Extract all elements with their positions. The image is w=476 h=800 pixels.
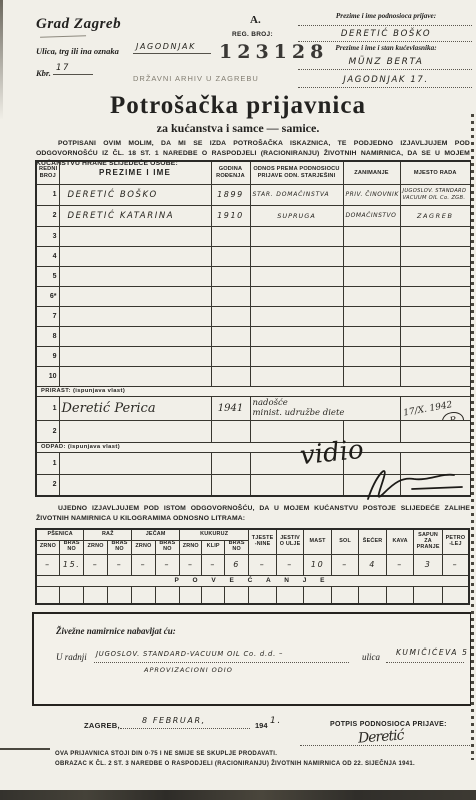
official-signature-flourish: [350, 455, 470, 505]
col-rednibroj: REDNIBROJ: [36, 161, 59, 184]
fold-mark: [0, 748, 50, 750]
landlord-address-underline: [298, 87, 472, 88]
member-row: 4: [36, 246, 471, 266]
form-title: Potrošačka prijavnica: [0, 92, 476, 120]
household-members-table: REDNIBROJ PREZIME I IME GODINAROĐENJA OD…: [35, 160, 472, 497]
supplies-values-row: – 15. – – – – – – 6 – – 10 – 4 – 3 –: [36, 554, 469, 575]
member-row: 5: [36, 266, 471, 286]
col-jestivo-ulje: JESTIVO ULJE: [276, 529, 304, 554]
landlord-underline: [298, 69, 472, 70]
supplies-declaration: UJEDNO IZJAVLJUJEM POD ISTOM ODGOVORNOŠĆ…: [36, 504, 470, 524]
group-jecam: JEČAM: [132, 529, 180, 540]
year-handwritten: 1.: [270, 716, 282, 726]
applicant-label: Prezime i ime podnosioca prijave:: [300, 12, 472, 20]
form-subtitle: za kućanstva i samce — samice.: [0, 121, 476, 136]
group-psenica: PŠENICA: [36, 529, 84, 540]
prirast-date-cell: 17/X. 1942 R: [400, 396, 471, 420]
member-row: 10: [36, 366, 471, 386]
member-row: 2 DERETIĆ KATARINA 1910 SUPRUGA DOMAĆINS…: [36, 205, 471, 226]
street-underline: [133, 53, 211, 54]
member-row: 9: [36, 346, 471, 366]
col-workplace: MJESTO RADA: [400, 161, 471, 184]
member-row: 8: [36, 326, 471, 346]
section-letter: A.: [250, 14, 261, 26]
member-row: 6*: [36, 286, 471, 306]
applicant-underline: [298, 41, 472, 42]
prirast-note: nadošćeminist. udružbe diete: [250, 396, 400, 420]
street-value-handwritten: JAGODNJAK: [136, 42, 196, 51]
col-kava: KAVA: [386, 529, 414, 554]
col-relation: ODNOS PREMA PODNOSIOCU PRIJAVE ODN. STAR…: [250, 161, 343, 184]
col-sol: SOL: [331, 529, 359, 554]
ulica-value-handwritten: KUMIČIĆEVA 5: [396, 648, 469, 657]
ulica-label: ulica: [362, 652, 380, 662]
landlord-label: Prezime i ime i stan kućevlasnika:: [300, 44, 472, 52]
archive-stamp: DRŽAVNI ARHIV U ZAGREBU: [133, 74, 259, 83]
col-tjestenine: TJESTE-NINE: [249, 529, 277, 554]
col-year: GODINAROĐENJA: [211, 161, 250, 184]
price-note: OVA PRIJAVNICA STOJI DIN 0·75 I NE SMIJE…: [55, 751, 277, 757]
scan-bottom-band: [0, 790, 476, 800]
members-header-row: REDNIBROJ PREZIME I IME GODINAROĐENJA OD…: [36, 161, 471, 184]
scan-left-edge: [0, 0, 3, 120]
city-title: Grad Zagreb: [36, 16, 121, 33]
signature-underline: [300, 745, 472, 746]
radnja-underline: [94, 662, 349, 663]
col-petrolej: PETRO-LEJ: [442, 529, 469, 554]
shop-box-title: Živežne namirnice nabavljat ću:: [56, 626, 176, 636]
increase-label-row: P O V E Ć A N J E: [36, 575, 469, 586]
street-label: Ulica, trg ili ina oznaka: [36, 46, 119, 56]
member-row: 1 DERETIĆ BOŠKO 1899 STAR. DOMAĆINSTVA P…: [36, 184, 471, 205]
year-printed: 194: [255, 721, 268, 730]
radnja-label: U radnji: [56, 652, 87, 662]
supplies-group-header-row: PŠENICA RAŽ JEČAM KUKURUZ TJESTE-NINE JE…: [36, 529, 469, 540]
kbr-value-handwritten: 17: [56, 63, 70, 73]
group-raz: RAŽ: [84, 529, 132, 540]
landlord-value-handwritten: MÜNZ BERTA: [300, 57, 472, 67]
perforation-edge: [471, 110, 474, 760]
date-underline: [120, 728, 250, 729]
applicant-signature: Deretić: [357, 727, 403, 746]
col-mast: MAST: [304, 529, 332, 554]
member-row: 7: [36, 306, 471, 326]
form-reference-note: OBRAZAC K ČL. 2 ST. 3 NAREDBE O RASPODJE…: [55, 761, 415, 767]
radnja-value-handwritten: JUGOSLOV. STANDARD-VACUUM OIL Co. d.d. –: [96, 650, 283, 658]
city-underline-scribble: [40, 32, 86, 38]
increase-empty-row: [36, 586, 469, 604]
member-row: 3: [36, 226, 471, 246]
ration-card-scan: Grad Zagreb Ulica, trg ili ina oznaka JA…: [0, 0, 476, 800]
applicant-value-handwritten: DERETIĆ BOŠKO: [300, 29, 472, 39]
signature-label: POTPIS PODNOSIOCA PRIJAVE:: [330, 721, 447, 728]
place-label: ZAGREB,: [84, 721, 120, 730]
kbr-label: Kbr.: [36, 68, 51, 78]
col-name: PREZIME I IME: [59, 161, 211, 184]
supplies-table: PŠENICA RAŽ JEČAM KUKURUZ TJESTE-NINE JE…: [35, 528, 470, 605]
ulica-underline: [386, 662, 464, 663]
applicant-line-top: [298, 24, 472, 26]
prirast-row: 2: [36, 420, 471, 442]
date-handwritten: 8 FEBRUAR,: [142, 716, 206, 725]
col-secer: ŠEĆER: [359, 529, 387, 554]
col-occupation: ZANIMANJE: [343, 161, 400, 184]
shop-declaration-box: Živežne namirnice nabavljat ću: U radnji…: [32, 612, 472, 706]
group-kukuruz: KUKURUZ: [180, 529, 249, 540]
prirast-row: 1 Deretić Perica 1941 nadošćeminist. udr…: [36, 396, 471, 420]
radnja-sub-handwritten: APROVIZACIONI ODIO: [144, 666, 233, 674]
prirast-label-row: PRIRAST: (ispunjava vlast): [36, 386, 471, 396]
reg-number-label: REG. BROJ:: [232, 31, 273, 38]
landlord-address-handwritten: JAGODNJAK 17.: [300, 75, 472, 85]
kbr-underline: [53, 74, 93, 75]
official-monogram-stamp: R: [441, 410, 465, 420]
col-sapun: SAPUN ZA PRANJE: [414, 529, 443, 554]
odpad-label-row: ODPAD: (ispunjava vlast): [36, 442, 471, 452]
